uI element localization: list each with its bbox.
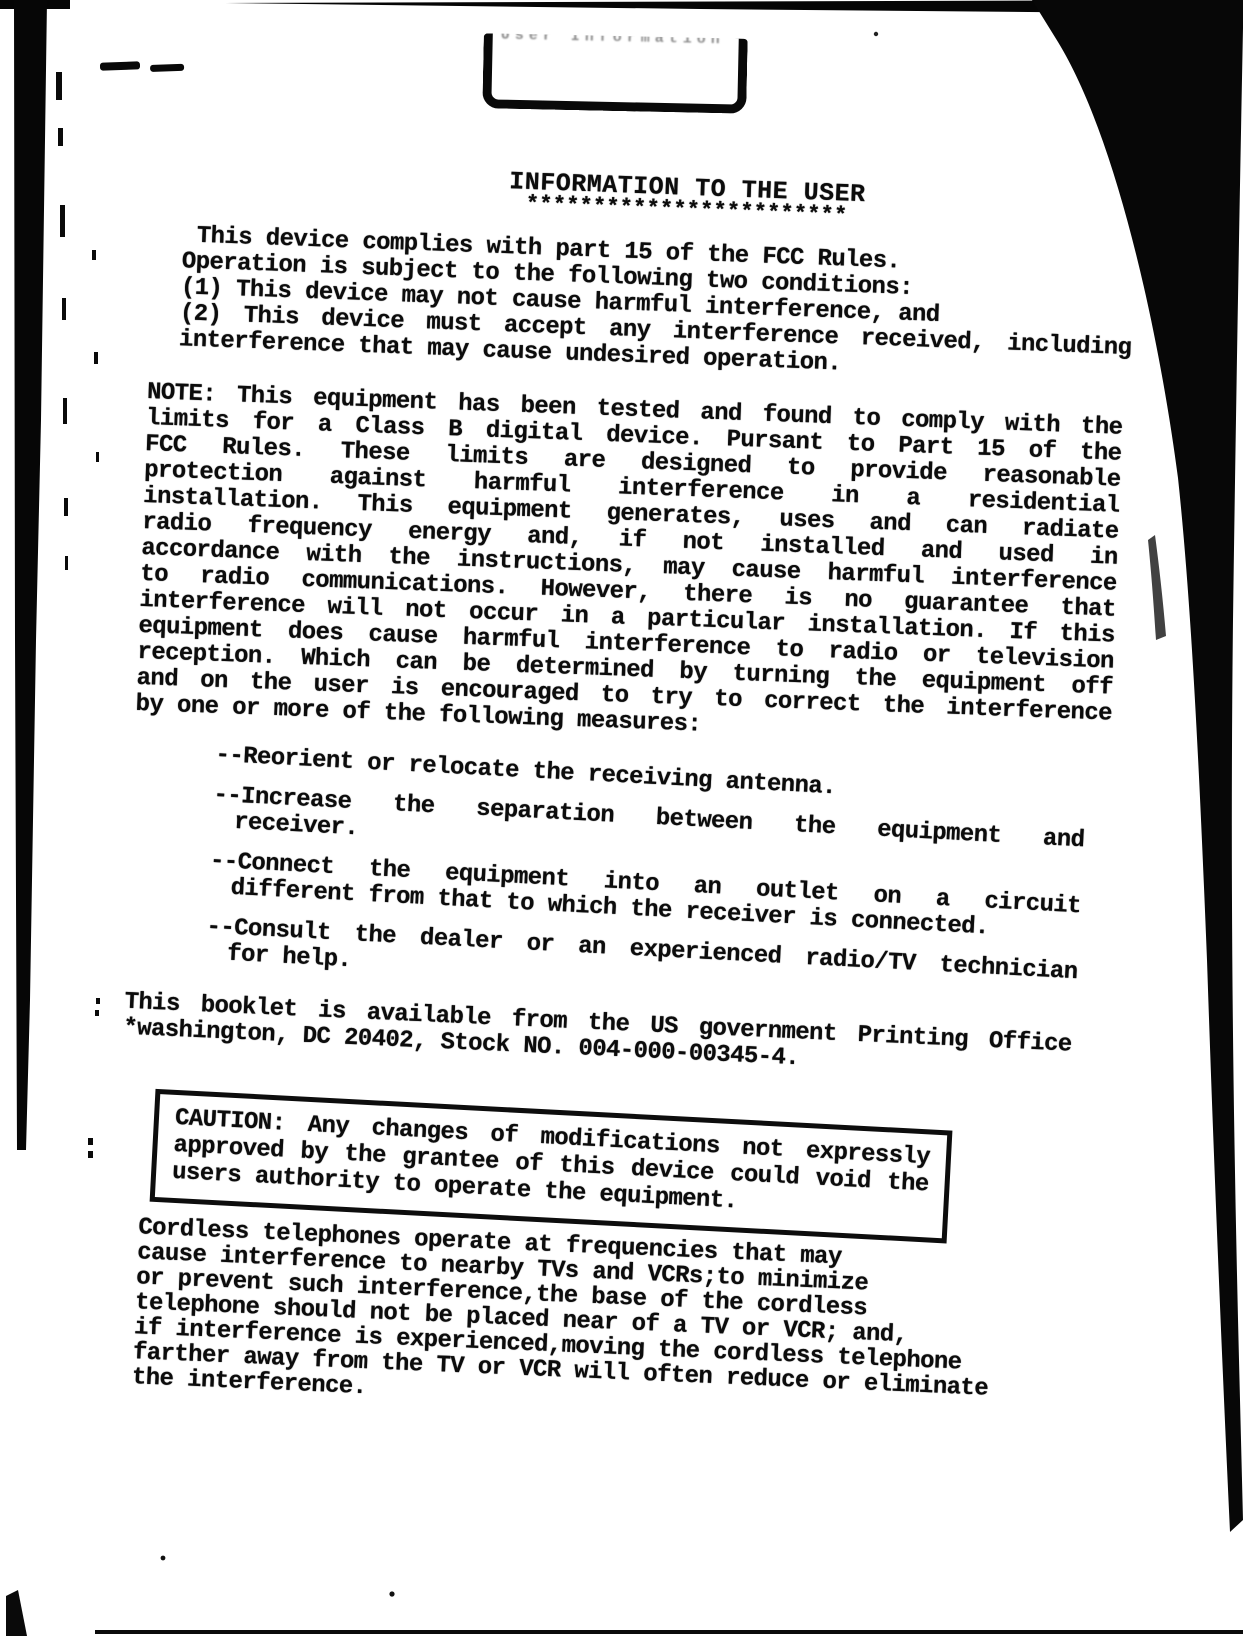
cordless-paragraph: Cordless telephones operate at frequenci… [131, 1215, 938, 1424]
scan-artifact-left-bar [14, 0, 47, 1150]
scanned-document-page: User Information INFORMATION TO THE USER… [0, 0, 1243, 1636]
scan-artifact-speck-1 [161, 1556, 166, 1561]
scan-artifact-speck-2 [389, 1591, 394, 1596]
document-content: INFORMATION TO THE USER ****************… [104, 148, 1141, 1426]
scan-artifact-bottom-left-mark [6, 1590, 27, 1636]
scan-artifact-top-dashes [100, 60, 184, 74]
scan-artifact-left-dashes [56, 72, 100, 1158]
note-paragraph: NOTE: This equipment has been tested and… [135, 380, 1123, 754]
scan-artifact-bottom-line [95, 1630, 1243, 1634]
scan-artifact-speck-3 [874, 32, 878, 36]
tab-box: User Information [482, 33, 748, 114]
scan-artifact-right-smear-speckle [1148, 535, 1166, 640]
intro-paragraph: This device complies with part 15 of the… [179, 223, 1135, 388]
measures-list: --Reorient or relocate the receiving ant… [205, 743, 1088, 1012]
